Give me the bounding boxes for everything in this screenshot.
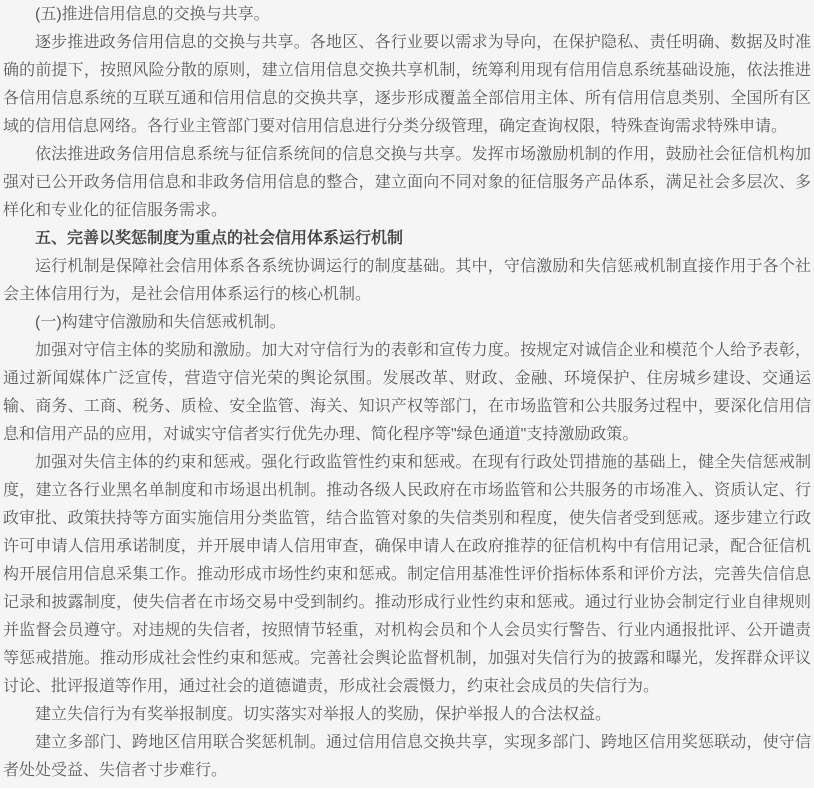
paragraph: 逐步推进政务信用信息的交换与共享。各地区、各行业要以需求为导向，在保护隐私、责任… [3, 29, 811, 141]
paragraph: 建立失信行为有奖举报制度。切实落实对举报人的奖励，保护举报人的合法权益。 [3, 701, 811, 729]
subsection-heading-5: (五)推进信用信息的交换与共享。 [3, 1, 811, 29]
subsection-heading-1: (一)构建守信激励和失信惩戒机制。 [3, 309, 811, 337]
paragraph: 加强对守信主体的奖励和激励。加大对守信行为的表彰和宣传力度。按规定对诚信企业和模… [3, 337, 811, 449]
paragraph: 运行机制是保障社会信用体系各系统协调运行的制度基础。其中，守信激励和失信惩戒机制… [3, 253, 811, 309]
paragraph: 依法推进政务信用信息系统与征信系统间的信息交换与共享。发挥市场激励机制的作用，鼓… [3, 141, 811, 225]
section-heading-5: 五、完善以奖惩制度为重点的社会信用体系运行机制 [3, 225, 811, 253]
paragraph: 建立多部门、跨地区信用联合奖惩机制。通过信用信息交换共享，实现多部门、跨地区信用… [3, 729, 811, 785]
paragraph: 加强对失信主体的约束和惩戒。强化行政监管性约束和惩戒。在现有行政处罚措施的基础上… [3, 449, 811, 701]
document-page: (五)推进信用信息的交换与共享。 逐步推进政务信用信息的交换与共享。各地区、各行… [0, 0, 814, 788]
